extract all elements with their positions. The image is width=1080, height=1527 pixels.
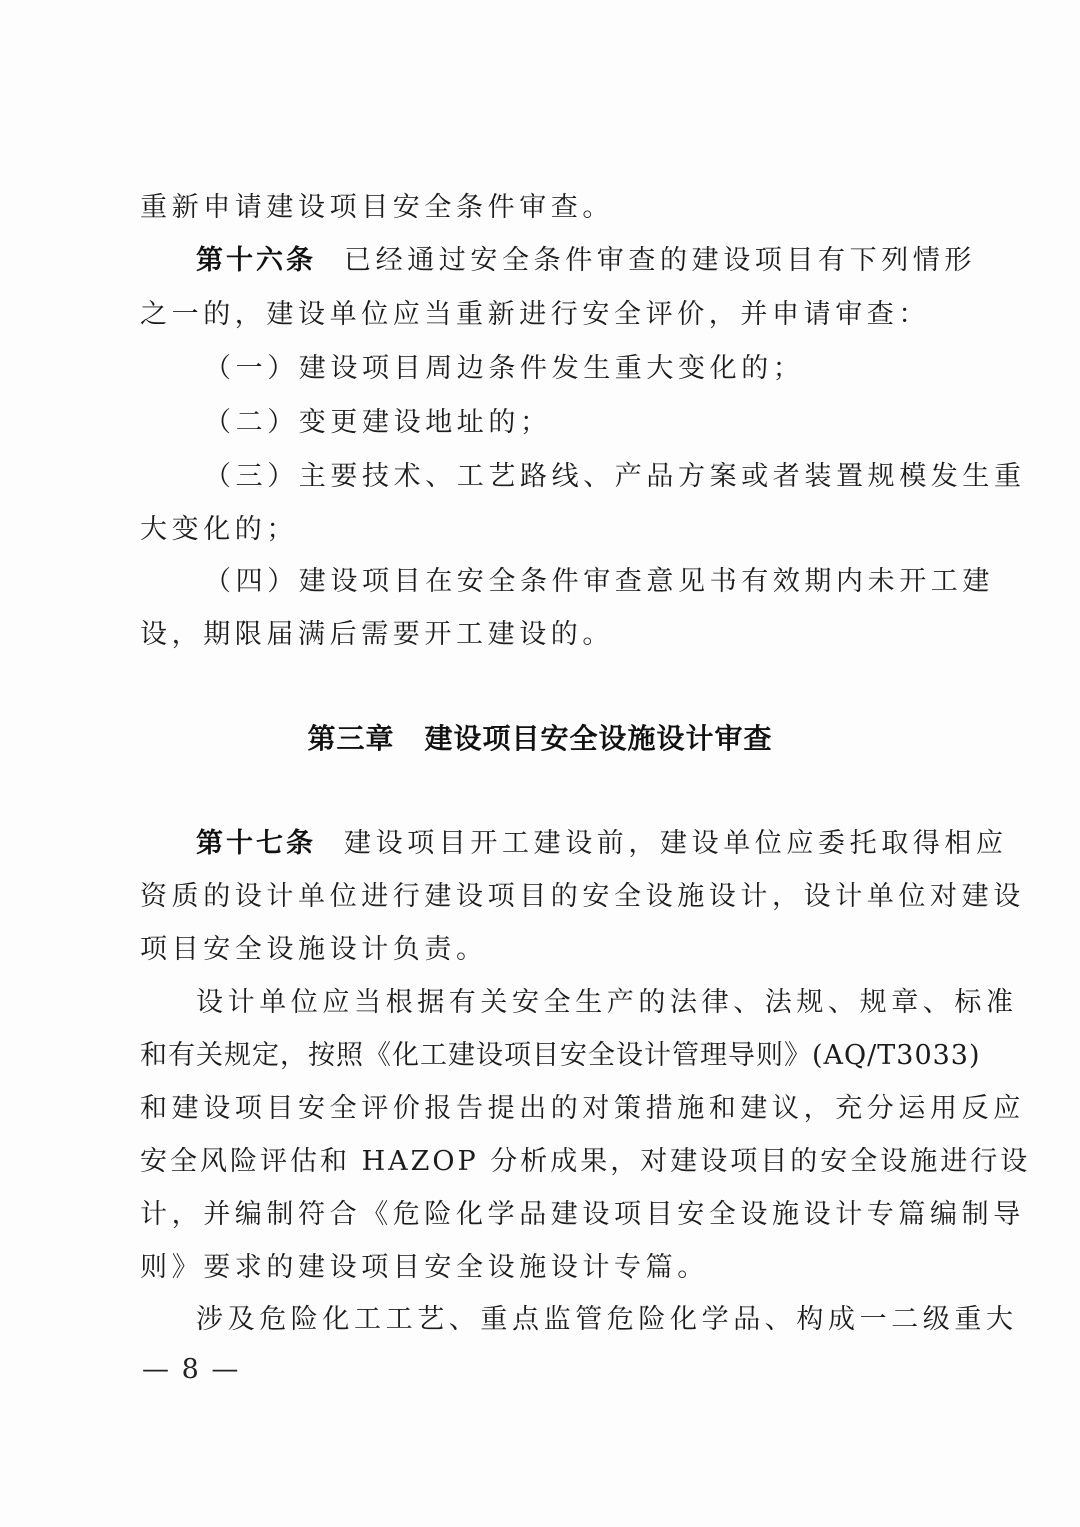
list-item-continuation: 大变化的； xyxy=(140,510,945,550)
list-item: （四）建设项目在安全条件审查意见书有效期内未开工建 xyxy=(204,562,946,602)
paragraph-line: 安全风险评估和 HAZOP 分析成果，对建设项目的安全设施进行设 xyxy=(140,1142,945,1182)
paragraph-line: 则》要求的建设项目安全设施设计专篇。 xyxy=(140,1248,945,1288)
chapter-heading: 第三章建设项目安全设施设计审查 xyxy=(0,718,1080,760)
article-label: 第十六条 xyxy=(196,245,316,276)
article-17-line: 第十七条建设项目开工建设前，建设单位应委托取得相应 xyxy=(196,824,946,864)
article-16-line: 第十六条已经通过安全条件审查的建设项目有下列情形 xyxy=(196,241,946,281)
article-text: 已经通过安全条件审查的建设项目有下列情形 xyxy=(344,245,976,276)
paragraph-line: 计，并编制符合《危险化学品建设项目安全设施设计专篇编制导 xyxy=(140,1195,945,1235)
paragraph-line: 资质的设计单位进行建设项目的安全设施设计，设计单位对建设 xyxy=(140,877,945,917)
chapter-title: 建设项目安全设施设计审查 xyxy=(425,722,773,755)
paragraph-line: 和有关规定，按照《化工建设项目安全设计管理导则》(AQ/T3033) xyxy=(140,1036,945,1076)
list-item: （三）主要技术、工艺路线、产品方案或者装置规模发生重 xyxy=(204,457,946,497)
page-number: — 8 — xyxy=(142,1350,240,1390)
paragraph-line: 和建设项目安全评价报告提出的对策措施和建议，充分运用反应 xyxy=(140,1089,945,1129)
list-item-continuation: 设，期限届满后需要开工建设的。 xyxy=(140,615,945,655)
paragraph-line: 之一的，建设单位应当重新进行安全评价，并申请审查： xyxy=(140,295,945,335)
paragraph-line: 涉及危险化工工艺、重点监管危险化学品、构成一二级重大 xyxy=(196,1300,946,1340)
list-item: （一）建设项目周边条件发生重大变化的； xyxy=(204,349,946,389)
list-item: （二）变更建设地址的； xyxy=(204,403,946,443)
article-label: 第十七条 xyxy=(196,828,316,859)
chapter-number: 第三章 xyxy=(307,722,394,755)
paragraph-line: 重新申请建设项目安全条件审查。 xyxy=(140,188,945,228)
article-text: 建设项目开工建设前，建设单位应委托取得相应 xyxy=(344,828,1008,859)
paragraph-line: 设计单位应当根据有关安全生产的法律、法规、规章、标准 xyxy=(196,983,946,1023)
document-page: 重新申请建设项目安全条件审查。 第十六条已经通过安全条件审查的建设项目有下列情形… xyxy=(0,0,1080,1527)
paragraph-line: 项目安全设施设计负责。 xyxy=(140,930,945,970)
